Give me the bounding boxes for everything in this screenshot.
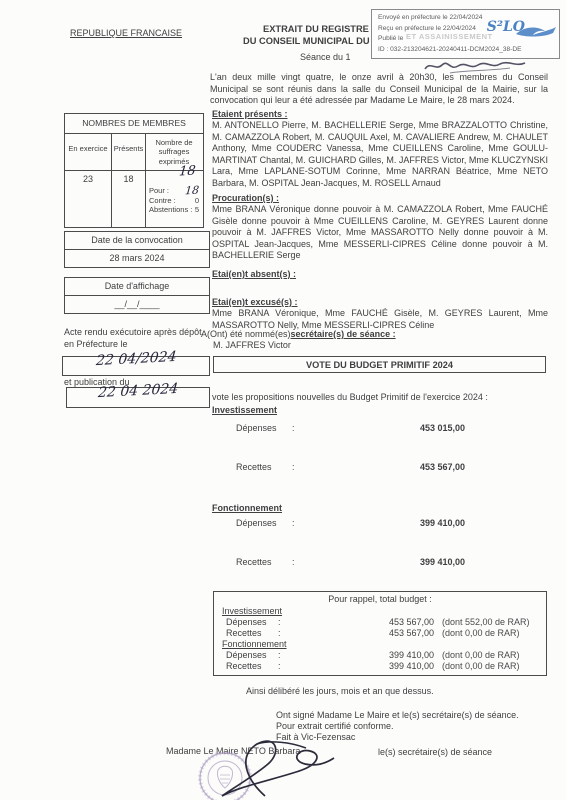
stamp-line-envoye: Envoyé en préfecture le 22/04/2024 [378, 13, 559, 24]
intro-paragraph: L'an deux mille vingt quatre, le onze av… [210, 72, 548, 107]
en-exercice-value: 23 [65, 171, 111, 227]
presents-value: 18 [111, 171, 145, 227]
inv-depenses-row: Dépenses : 453 015,00 [236, 423, 546, 435]
affichage-label: Date d'affichage [65, 278, 209, 296]
members-table-value-row: 23 18 18 Pour : 18 Contre : 0 Abstention… [65, 170, 203, 227]
rappel-value: 453 567,00 [286, 617, 442, 628]
rappel-rar: (dont 552,00 de RAR) [442, 617, 530, 628]
rappel-investissement: Investissement [222, 606, 538, 617]
signature-scribble [210, 738, 340, 800]
investissement-heading: Investissement [212, 405, 277, 417]
publication-date-box: 22 04 2024 [66, 387, 210, 408]
rappel-label: Dépenses [222, 650, 278, 661]
executoire-line-1: Acte rendu exécutoire après dépôt [64, 327, 214, 339]
rappel-rar: (dont 0,00 de RAR) [442, 650, 520, 661]
secretaires-signature-label: le(s) secrétaire(s) de séance [378, 747, 492, 759]
contre-label: Contre : [149, 196, 176, 206]
executoire-text: Acte rendu exécutoire après dépôt en Pré… [64, 327, 214, 350]
rappel-label: Recettes [222, 661, 278, 672]
budget-intro: vote les propositions nouvelles du Budge… [212, 392, 552, 404]
rappel-rar: (dont 0,00 de RAR) [442, 661, 520, 672]
secretaire-line: A(Ont) été nommé(es)secrétaire(s) de séa… [201, 329, 396, 341]
handwriting-scribble-top [420, 57, 530, 77]
rappel-row: Dépenses : 453 567,00 (dont 552,00 de RA… [222, 617, 538, 628]
procurations-heading: Procuration(s) : [212, 193, 279, 205]
colon: : [278, 617, 286, 628]
document-page: REPUBLIQUE FRANCAISE EXTRAIT DU REGISTRE… [0, 0, 566, 800]
seance-line: Séance du 1 [300, 52, 351, 64]
members-table: NOMBRES DE MEMBRES En exercice Présents … [64, 113, 204, 228]
fon-recettes-label: Recettes [236, 557, 292, 569]
presents-names: M. ANTONELLO Pierre, M. BACHELLERIE Serg… [212, 120, 548, 189]
deliberation-text: Ainsi délibéré les jours, mois et an que… [246, 686, 434, 698]
colon: : [278, 628, 286, 639]
secretaire-prefix: A(Ont) été nommé(es) [201, 329, 291, 339]
fon-depenses-label: Dépenses [236, 518, 292, 530]
presents-heading: Etaient présents : [212, 109, 288, 121]
abstentions-value: 5 [195, 205, 199, 215]
stamp-line-id: ID : 032-213204621-20240411-DCM2024_38-D… [378, 45, 559, 56]
rappel-value: 399 410,00 [286, 650, 442, 661]
fonctionnement-heading: Fonctionnement [212, 503, 282, 515]
convocation-value: 28 mars 2024 [65, 250, 209, 268]
republique-francaise: REPUBLIQUE FRANCAISE [70, 28, 182, 40]
secretaire-name: M. JAFFRES Victor [213, 340, 291, 352]
colon: : [278, 661, 286, 672]
inv-recettes-value: 453 567,00 [420, 462, 465, 474]
abstentions-label: Abstentions : [149, 205, 192, 215]
vote-box-title: VOTE DU BUDGET PRIMITIF 2024 [213, 356, 546, 373]
colon: : [278, 650, 286, 661]
executoire-line-2: en Préfecture le [64, 339, 214, 351]
members-table-title: NOMBRES DE MEMBRES [65, 114, 203, 133]
colon: : [292, 423, 420, 435]
contre-value: 0 [195, 196, 199, 206]
prefecture-stamp: ET ASSAINISSEMENT Envoyé en préfecture l… [371, 9, 560, 59]
rappel-box: Pour rappel, total budget : Investisseme… [213, 591, 547, 676]
colon: : [292, 518, 420, 530]
rappel-value: 453 567,00 [286, 628, 442, 639]
affichage-value: __/__/____ [65, 296, 209, 314]
absents-heading: Etai(en)t absent(s) : [212, 269, 296, 281]
colon: : [292, 462, 420, 474]
rappel-label: Recettes [222, 628, 278, 639]
pour-value: 18 [185, 186, 200, 196]
convocation-box: Date de la convocation 28 mars 2024 [64, 231, 210, 268]
rappel-title: Pour rappel, total budget : [222, 594, 538, 606]
rappel-rar: (dont 0,00 de RAR) [442, 628, 520, 639]
publication-date-handwritten: 22 04 2024 [97, 384, 178, 400]
title-line-1: EXTRAIT DU REGISTRE [263, 24, 369, 36]
pour-label: Pour : [149, 186, 169, 196]
colon: : [292, 557, 420, 569]
signed-text: Ont signé Madame Le Maire et le(s) secré… [276, 710, 519, 722]
procurations-text: Mme BRANA Véronique donne pouvoir à M. C… [212, 204, 548, 262]
fon-depenses-value: 399 410,00 [420, 518, 465, 530]
suffrages-handwritten-value: 18 [179, 167, 196, 177]
stamp-line-publie: Publié le [378, 34, 559, 45]
rappel-label: Dépenses [222, 617, 278, 628]
secretaire-label: secrétaire(s) de séance : [291, 329, 396, 339]
inv-depenses-label: Dépenses [236, 423, 292, 435]
inv-recettes-label: Recettes [236, 462, 292, 474]
stamp-line-recu: Reçu en préfecture le 22/04/2024 [378, 24, 559, 35]
rappel-row: Dépenses : 399 410,00 (dont 0,00 de RAR) [222, 650, 538, 661]
rappel-row: Recettes : 399 410,00 (dont 0,00 de RAR) [222, 661, 538, 672]
rappel-value: 399 410,00 [286, 661, 442, 672]
title-line-2: DU CONSEIL MUNICIPAL DU [243, 36, 370, 48]
fon-recettes-value: 399 410,00 [420, 557, 465, 569]
affichage-box: Date d'affichage __/__/____ [64, 277, 210, 314]
executoire-date-handwritten: 22 04/2024 [95, 352, 176, 368]
col-en-exercice: En exercice [65, 134, 111, 171]
excuses-names: Mme BRANA Véronique, Mme FAUCHÉ Gisèle, … [212, 308, 548, 331]
col-presents: Présents [111, 134, 145, 171]
certified-text: Pour extrait certifié conforme. [276, 721, 394, 733]
rappel-fonctionnement: Fonctionnement [222, 639, 538, 650]
rappel-row: Recettes : 453 567,00 (dont 0,00 de RAR) [222, 628, 538, 639]
inv-recettes-row: Recettes : 453 567,00 [236, 462, 546, 474]
fon-depenses-row: Dépenses : 399 410,00 [236, 518, 546, 530]
fon-recettes-row: Recettes : 399 410,00 [236, 557, 546, 569]
inv-depenses-value: 453 015,00 [420, 423, 465, 435]
excuses-heading: Etai(en)t excusé(s) : [212, 297, 298, 309]
executoire-date-box: 22 04/2024 [62, 356, 210, 376]
convocation-label: Date de la convocation [65, 232, 209, 250]
